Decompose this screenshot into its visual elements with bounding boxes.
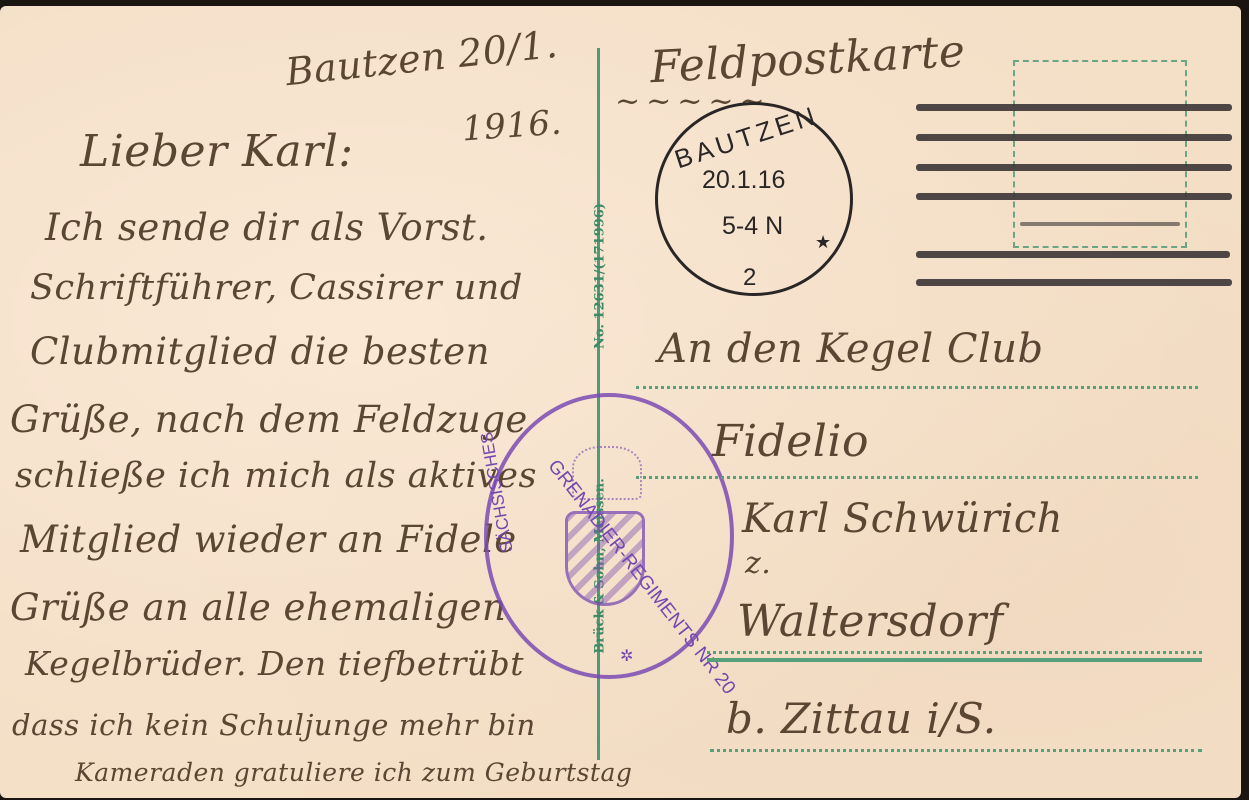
message-line-5: schließe ich mich als aktives	[15, 456, 537, 496]
address-prefix-z: z.	[745, 546, 771, 581]
postmark-star: ★	[815, 232, 831, 253]
message-line-9: dass ich kein Schuljunge mehr bin	[12, 708, 536, 742]
postmark-office: 2	[743, 264, 756, 292]
postmark-time: 5-4 N	[722, 212, 783, 241]
address-rule-2	[636, 476, 1198, 479]
cancel-bar-1	[916, 104, 1232, 111]
address-rule-1	[636, 386, 1198, 389]
address-rule-3	[707, 651, 1202, 654]
message-line-1: Ich sende dir als Vorst.	[45, 206, 489, 249]
print-number: No. 12631/(171996)	[580, 156, 620, 396]
cancel-bar-5	[1020, 222, 1180, 226]
postcard: Bautzen 20/1. 1916. Lieber Karl: Ich sen…	[0, 6, 1241, 798]
message-line-10: Kameraden gratuliere ich zum Geburtstag	[75, 758, 632, 787]
message-line-8: Kegelbrüder. Den tiefbetrübt	[25, 644, 524, 683]
address-line-2: Fidelio	[712, 416, 869, 467]
message-line-6: Mitglied wieder an Fidele	[20, 518, 517, 561]
stamp-box	[1013, 60, 1187, 248]
address-line-3: Karl Schwürich	[742, 496, 1063, 542]
message-line-3: Clubmitglied die besten	[30, 330, 490, 373]
cancel-bar-6	[916, 251, 1230, 258]
year: 1916.	[461, 103, 563, 150]
cancel-bar-2	[916, 134, 1232, 141]
print-number-text: No. 12631/(171996)	[593, 203, 608, 349]
cancel-bar-4	[916, 193, 1232, 200]
postmark-date: 20.1.16	[702, 166, 785, 195]
place-date: Bautzen 20/1.	[283, 22, 559, 94]
salutation: Lieber Karl:	[80, 126, 354, 177]
message-line-4: Grüße, nach dem Feldzuge	[10, 398, 528, 441]
address-line-1: An den Kegel Club	[658, 326, 1044, 372]
cancel-bar-3	[916, 164, 1232, 171]
message-line-7: Grüße an alle ehemaligen	[10, 586, 506, 629]
message-line-2: Schriftführer, Cassirer und	[30, 268, 523, 308]
cancel-bar-7	[916, 279, 1232, 286]
address-line-5: b. Zittau i/S.	[726, 694, 997, 743]
address-rule-4	[710, 749, 1202, 752]
address-rule-solid	[707, 658, 1202, 662]
address-line-4: Waltersdorf	[737, 596, 1004, 647]
regiment-stamp-separator: ✲	[620, 646, 633, 666]
